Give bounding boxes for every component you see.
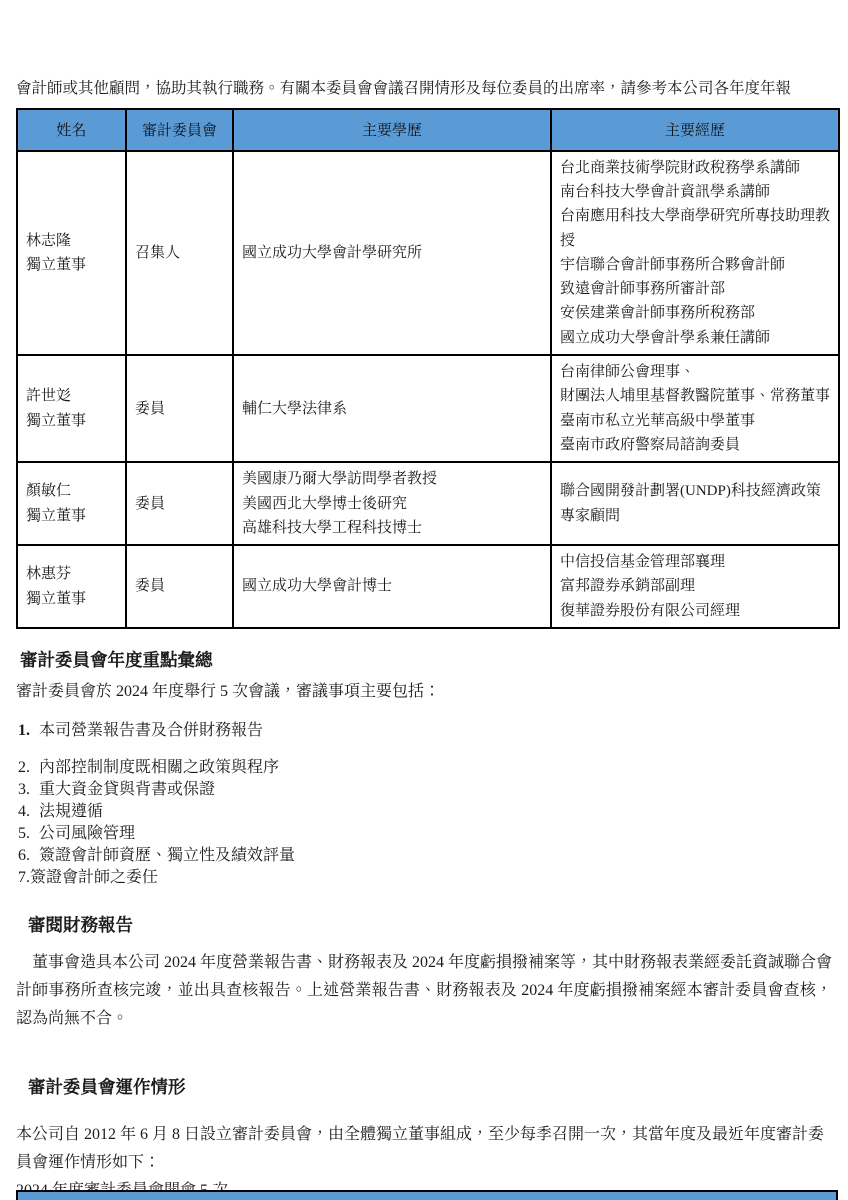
member-role: 委員	[126, 545, 233, 628]
review-section-paragraph: 董事會造具本公司 2024 年度營業報告書、財務報表及 2024 年度虧損撥補案…	[16, 949, 832, 1033]
list-item-text: 重大資金貸與背書或保證	[39, 779, 215, 801]
header-experience: 主要經歷	[551, 109, 839, 151]
list-item-number: 6.	[18, 845, 30, 867]
list-item-text: 簽證會計師之委任	[30, 867, 158, 889]
audit-committee-table: 姓名 審計委員會 主要學歷 主要經歷 林志隆 獨立董事 召集人 國立成功大學會計…	[16, 108, 840, 629]
list-item: 4. 法規遵循	[18, 801, 832, 823]
list-item-number: 3.	[18, 779, 30, 801]
member-experience: 台北商業技術學院財政稅務學系講師 南台科技大學會計資訊學系講師 台南應用科技大學…	[551, 151, 839, 355]
next-table-header-edge	[16, 1190, 838, 1200]
summary-lead-text: 審計委員會於 2024 年度舉行 5 次會議，審議事項主要包括：	[16, 681, 832, 703]
list-item-number: 1.	[18, 719, 30, 743]
list-item-text: 本司營業報告書及合併財務報告	[39, 719, 263, 743]
member-education: 美國康乃爾大學訪問學者教授 美國西北大學博士後研究 高雄科技大學工程科技博士	[233, 462, 551, 545]
summary-section-heading: 審計委員會年度重點彙總	[20, 649, 848, 671]
member-name: 林志隆 獨立董事	[17, 151, 126, 355]
list-item: 5. 公司風險管理	[18, 823, 832, 845]
list-item-number: 2.	[18, 757, 30, 779]
header-name: 姓名	[17, 109, 126, 151]
list-item-number: 5.	[18, 823, 30, 845]
operation-section-heading: 審計委員會運作情形	[28, 1075, 848, 1099]
list-item-number: 4.	[18, 801, 30, 823]
table-row: 林志隆 獨立董事 召集人 國立成功大學會計學研究所 台北商業技術學院財政稅務學系…	[17, 151, 839, 355]
member-experience: 台南律師公會理事、 財團法人埔里基督教醫院董事、常務董事 臺南市私立光華高級中學…	[551, 355, 839, 462]
list-item-text: 法規遵循	[39, 801, 103, 823]
member-role: 召集人	[126, 151, 233, 355]
list-item-text: 內部控制制度既相關之政策與程序	[39, 757, 279, 779]
list-item: 7. 簽證會計師之委任	[18, 867, 832, 889]
member-role: 委員	[126, 462, 233, 545]
table-row: 顏敏仁 獨立董事 委員 美國康乃爾大學訪問學者教授 美國西北大學博士後研究 高雄…	[17, 462, 839, 545]
operation-section-paragraph: 本公司自 2012 年 6 月 8 日設立審計委員會，由全體獨立董事組成，至少每…	[16, 1121, 832, 1177]
list-item: 2. 內部控制制度既相關之政策與程序	[18, 757, 832, 779]
review-section-heading: 審閱財務報告	[28, 913, 848, 937]
member-name: 顏敏仁 獨立董事	[17, 462, 126, 545]
member-name: 許世彣 獨立董事	[17, 355, 126, 462]
list-item: 1. 本司營業報告書及合併財務報告	[18, 719, 832, 743]
member-experience: 中信投信基金管理部襄理 富邦證券承銷部副理 復華證券股份有限公司經理	[551, 545, 839, 628]
summary-numbered-list: 1. 本司營業報告書及合併財務報告 2. 內部控制制度既相關之政策與程序 3. …	[18, 719, 832, 889]
header-education: 主要學歷	[233, 109, 551, 151]
member-experience: 聯合國開發計劃署(UNDP)科技經濟政策專家顧問	[551, 462, 839, 545]
intro-paragraph: 會計師或其他顧問，協助其執行職務。有關本委員會會議召開情形及每位委員的出席率，請…	[16, 78, 836, 100]
table-row: 許世彣 獨立董事 委員 輔仁大學法律系 台南律師公會理事、 財團法人埔里基督教醫…	[17, 355, 839, 462]
member-name: 林惠芬 獨立董事	[17, 545, 126, 628]
list-item: 6. 簽證會計師資歷、獨立性及績效評量	[18, 845, 832, 867]
list-item-number: 7.	[18, 867, 30, 889]
member-role: 委員	[126, 355, 233, 462]
member-education: 國立成功大學會計博士	[233, 545, 551, 628]
list-item-text: 簽證會計師資歷、獨立性及績效評量	[39, 845, 295, 867]
table-row: 林惠芬 獨立董事 委員 國立成功大學會計博士 中信投信基金管理部襄理 富邦證券承…	[17, 545, 839, 628]
list-item-text: 公司風險管理	[39, 823, 135, 845]
list-item: 3. 重大資金貸與背書或保證	[18, 779, 832, 801]
header-committee-role: 審計委員會	[126, 109, 233, 151]
table-header-row: 姓名 審計委員會 主要學歷 主要經歷	[17, 109, 839, 151]
member-education: 國立成功大學會計學研究所	[233, 151, 551, 355]
member-education: 輔仁大學法律系	[233, 355, 551, 462]
